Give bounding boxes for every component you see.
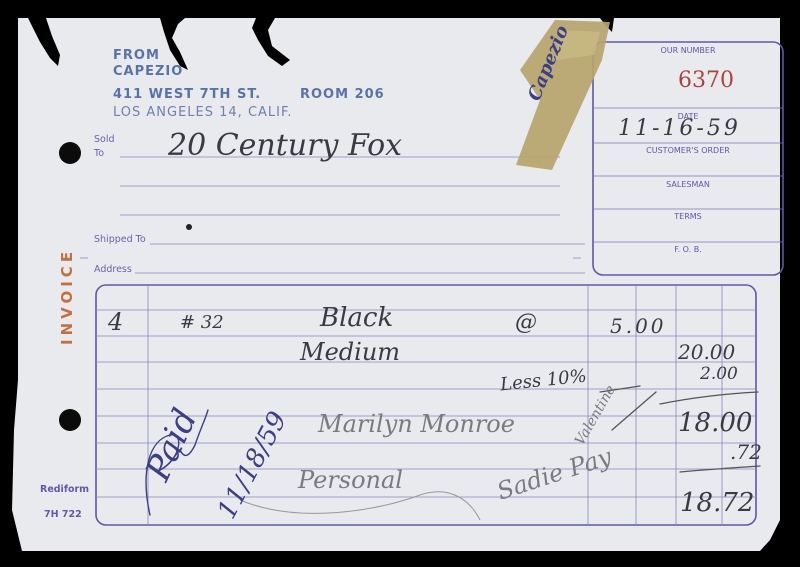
- company-name: CAPEZIO: [113, 63, 183, 80]
- our-number-label: OUR NUMBER: [593, 46, 783, 55]
- line-unit-price: 5.00: [610, 314, 667, 338]
- customer-signature: Marilyn Monroe: [318, 410, 515, 438]
- tax-amount: .72: [730, 440, 762, 464]
- address-label: Address: [94, 264, 132, 275]
- our-number-value: 6370: [678, 68, 734, 93]
- subtotal-amount: 18.00: [678, 408, 752, 438]
- terms-label: TERMS: [593, 212, 783, 221]
- to-label: To: [94, 148, 104, 159]
- line-at-symbol: @: [515, 310, 537, 335]
- shipped-to-label: Shipped To: [94, 234, 146, 245]
- line-amount: 20.00: [678, 340, 735, 364]
- discount-amount: 2.00: [700, 364, 738, 384]
- from-label: FROM: [113, 47, 160, 64]
- room-number: ROOM 206: [300, 86, 385, 103]
- sold-to-value: 20 Century Fox: [168, 128, 402, 163]
- line-qty: 4: [108, 308, 123, 336]
- total-amount: 18.72: [680, 488, 754, 518]
- form-brand: Rediform: [40, 484, 89, 495]
- fob-label: F. O. B.: [593, 245, 783, 254]
- salesman-label: SALESMAN: [593, 180, 783, 189]
- form-number: 7H 722: [44, 509, 82, 520]
- city-line: LOS ANGELES 14, CALIF.: [113, 104, 293, 121]
- customers-order-label: CUSTOMER'S ORDER: [593, 146, 783, 155]
- personal-note: Personal: [298, 466, 403, 494]
- line-description: Black: [320, 303, 393, 333]
- invoice-document: FROM CAPEZIO 411 WEST 7TH ST. ROOM 206 L…: [0, 0, 800, 567]
- invoice-title: INVOICE: [58, 248, 76, 345]
- date-value: 11-16-59: [618, 116, 741, 141]
- street-address: 411 WEST 7TH ST.: [113, 86, 261, 103]
- line-item-number: # 32: [180, 312, 224, 333]
- line-description-2: Medium: [300, 338, 400, 366]
- sold-label: Sold: [94, 134, 115, 145]
